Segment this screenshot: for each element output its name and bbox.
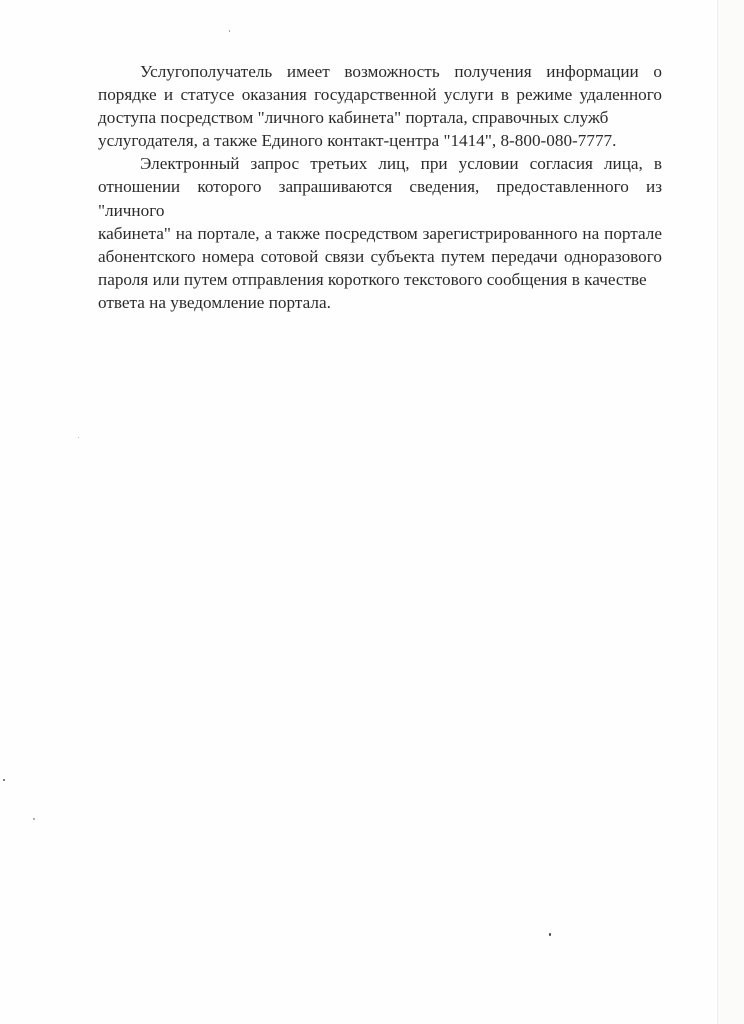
text-line: пароля или путем отправления короткого т… [98, 268, 662, 291]
page-edge-line [717, 0, 718, 1024]
text-line: порядке и статусе оказания государственн… [98, 83, 662, 106]
text-line: доступа посредством "личного кабинета" п… [98, 106, 662, 129]
paragraph-third-party-request: Электронный запрос третьих лиц, при усло… [98, 152, 662, 314]
text-line: отношении которого запрашиваются сведени… [98, 175, 662, 221]
scan-speck [549, 933, 551, 936]
scan-speck [3, 779, 5, 781]
scan-speck [78, 437, 79, 438]
text-line: ответа на уведомление портала. [98, 291, 662, 314]
text-line: Электронный запрос третьих лиц, при усло… [98, 152, 662, 175]
page-edge-shade [718, 0, 744, 1024]
text-line: Услугополучатель имеет возможность получ… [98, 60, 662, 83]
scan-speck [33, 818, 35, 820]
paragraph-service-info: Услугополучатель имеет возможность получ… [98, 60, 662, 152]
text-line: услугодателя, а также Единого контакт-це… [98, 129, 662, 152]
text-line: кабинета" на портале, а также посредство… [98, 222, 662, 245]
scan-speck [229, 30, 230, 32]
scanned-page: Услугополучатель имеет возможность получ… [0, 0, 744, 1024]
document-body: Услугополучатель имеет возможность получ… [98, 60, 662, 314]
text-line: абонентского номера сотовой связи субъек… [98, 245, 662, 268]
